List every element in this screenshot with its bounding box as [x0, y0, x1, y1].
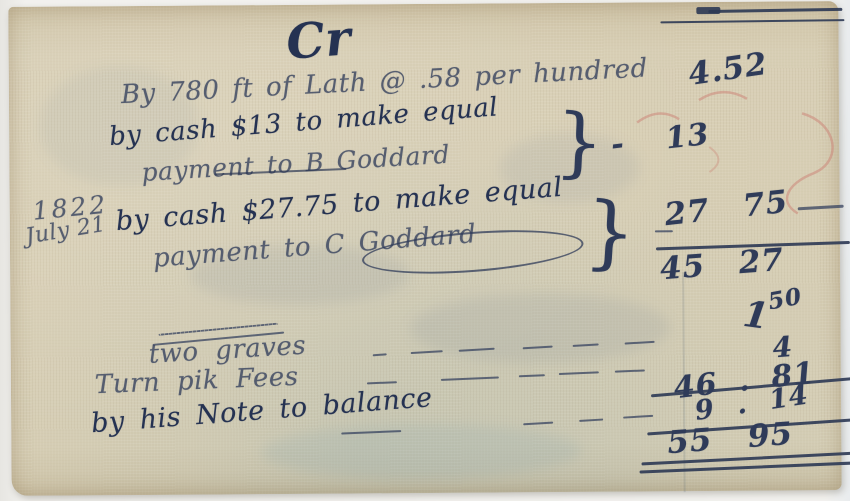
entry-graves-amount-dollars: 1: [741, 296, 772, 335]
entry-turnpike-description: Turn pik Fees: [94, 364, 299, 399]
leader-dash: [519, 374, 545, 377]
leader-dash: [459, 348, 495, 352]
credit-header-mark: Cr: [285, 14, 353, 67]
leader-dash: [573, 343, 599, 347]
entry-lath-amount: 4.52: [687, 49, 770, 91]
entry-cash2775-brace: }: [582, 191, 638, 274]
ink-bleed-smudge: [410, 292, 670, 364]
leader-dash: [623, 415, 653, 419]
top-ruling-line: [660, 19, 844, 23]
entry-cash13-amount: - 13: [610, 120, 711, 161]
entry-cash13-brace: }: [554, 103, 606, 181]
leader-dash: [523, 422, 553, 426]
entry-graves-amount-cents: 50: [766, 285, 804, 314]
leader-dash: [367, 381, 397, 384]
leader-dash: [559, 371, 599, 375]
leader-dash: [411, 350, 443, 354]
leader-dash: [441, 376, 499, 380]
total-55-95: 55 95: [666, 419, 794, 460]
entry-cash2775-amount: 27 75: [663, 187, 790, 232]
ledger-paper: Cr By 780 ft of Lath @ .58 per hundred 4…: [8, 1, 841, 496]
leader-dash: [373, 353, 387, 356]
leader-dash: [579, 419, 603, 422]
top-ruling-line: [708, 8, 842, 13]
scanned-ledger-page: Cr By 780 ft of Lath @ .58 per hundred 4…: [0, 0, 850, 501]
leader-dash: [523, 346, 553, 350]
subtotal-45-27: 45 27: [659, 245, 785, 285]
ink-bleed-smudge: [261, 423, 581, 480]
leader-dash: [615, 369, 645, 372]
entry-cash13-line2: payment to B Goddard: [141, 142, 451, 185]
leader-dash: [625, 341, 655, 345]
leader-dash: [341, 430, 401, 435]
amount-overline-dash: [798, 205, 844, 211]
